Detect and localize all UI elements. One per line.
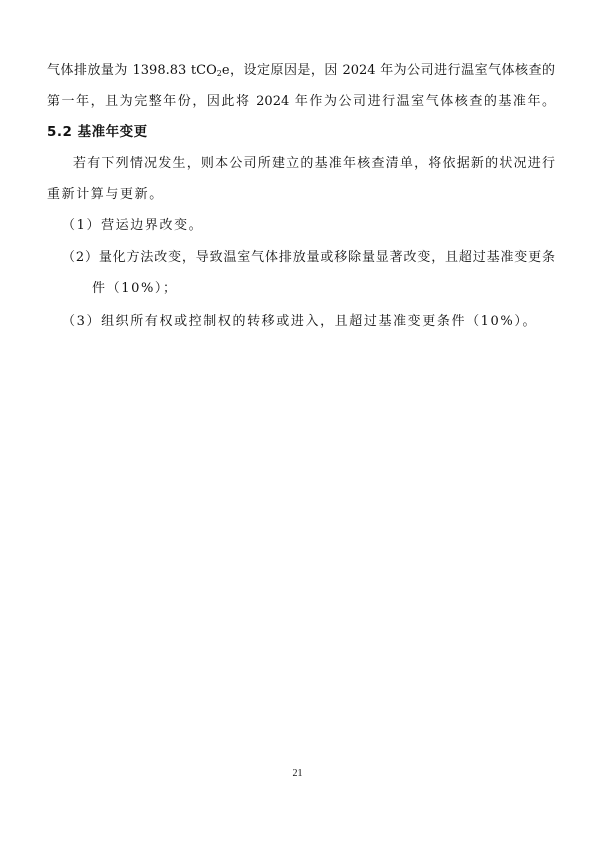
section-paragraph-line-2: 重新计算与更新。: [47, 187, 555, 203]
section-paragraph-line-1: 若有下列情况发生，则本公司所建立的基准年核查清单，将依据新的状况进行: [73, 156, 555, 172]
page-number: 21: [0, 768, 595, 779]
intro-line-2: 第一年，且为完整年份，因此将 2024 年作为公司进行温室气体核查的基准年。: [47, 94, 555, 110]
list-item-continuation: 件（10%）；: [92, 281, 595, 297]
intro-text: 气体排放量为 1398.83 tCO: [47, 63, 217, 78]
section-heading: 5.2 基准年变更: [47, 124, 555, 140]
list-item: （2）量化方法改变，导致温室气体排放量或移除量显著改变，且超过基准变更条: [62, 250, 555, 266]
list-item: （1）营运边界改变。: [62, 218, 570, 234]
intro-line-1: 气体排放量为 1398.83 tCO2e，设定原因是，因 2024 年为公司进行…: [47, 63, 555, 82]
intro-text: e，设定原因是，因 2024 年为公司进行温室气体核查的: [222, 63, 555, 78]
list-item: （3）组织所有权或控制权的转移或进入，且超过基准变更条件（10%）。: [62, 314, 570, 330]
